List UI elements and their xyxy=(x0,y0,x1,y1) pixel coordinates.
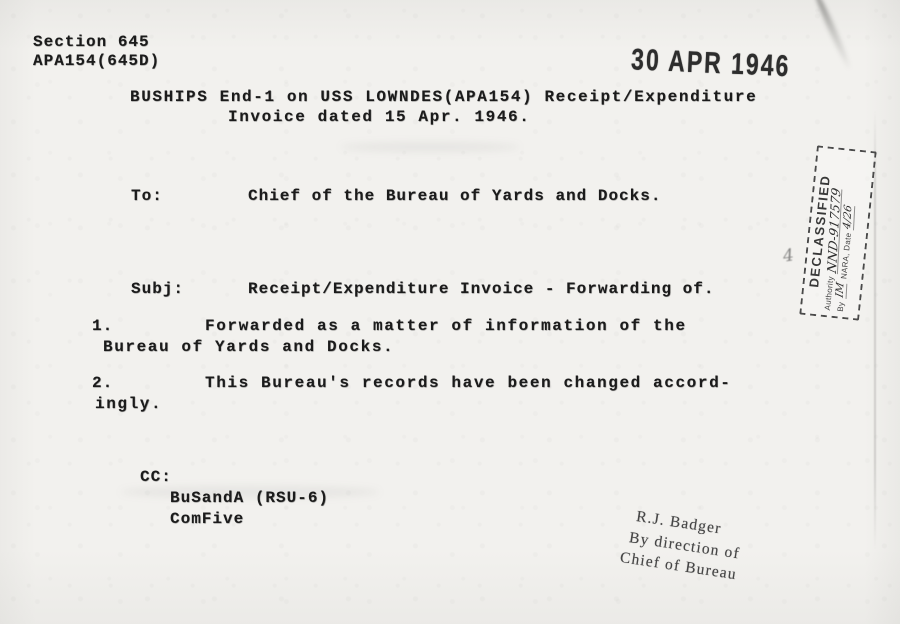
faint-smudge xyxy=(340,142,520,152)
to-label: To: xyxy=(131,187,163,205)
paragraph-2-line2: ingly. xyxy=(95,395,162,413)
cc-item: ComFive xyxy=(170,510,244,528)
paper-crease xyxy=(812,0,853,70)
section-reference-line1: Section 645 xyxy=(33,33,150,51)
paragraph-2-line1: This Bureau's records have been changed … xyxy=(205,374,731,392)
page-edge-line xyxy=(874,110,876,550)
by-initials-handwritten: IM xyxy=(835,281,848,299)
nara-date-label: NARA, Date xyxy=(839,232,853,279)
signature-stamp: R.J. Badger By direction of Chief of Bur… xyxy=(628,506,806,595)
section-reference-line2: APA154(645D) xyxy=(33,52,160,70)
by-label: By xyxy=(836,301,846,312)
subject-label: Subj: xyxy=(131,280,184,298)
to-value: Chief of the Bureau of Yards and Docks. xyxy=(248,187,661,205)
cc-item: BuSandA (RSU-6) xyxy=(170,489,329,507)
handwritten-mark: 4 xyxy=(782,245,796,266)
memo-title-line1: BUSHIPS End-1 on USS LOWNDES(APA154) Rec… xyxy=(130,88,757,106)
paragraph-1-number: 1. xyxy=(92,317,113,335)
declassified-stamp: DECLASSIFIED Authority NND-917579 By IM … xyxy=(799,145,876,320)
cc-label: CC: xyxy=(140,468,172,486)
paragraph-2-number: 2. xyxy=(92,374,113,392)
memo-title-line2: Invoice dated 15 Apr. 1946. xyxy=(228,108,530,126)
paragraph-1-line2: Bureau of Yards and Docks. xyxy=(103,338,394,356)
date-received-stamp: 30 APR 1946 xyxy=(630,42,791,84)
subject-value: Receipt/Expenditure Invoice - Forwarding… xyxy=(248,280,714,298)
paragraph-1-line1: Forwarded as a matter of information of … xyxy=(205,317,687,335)
date-handwritten: 4/26 xyxy=(842,204,855,231)
